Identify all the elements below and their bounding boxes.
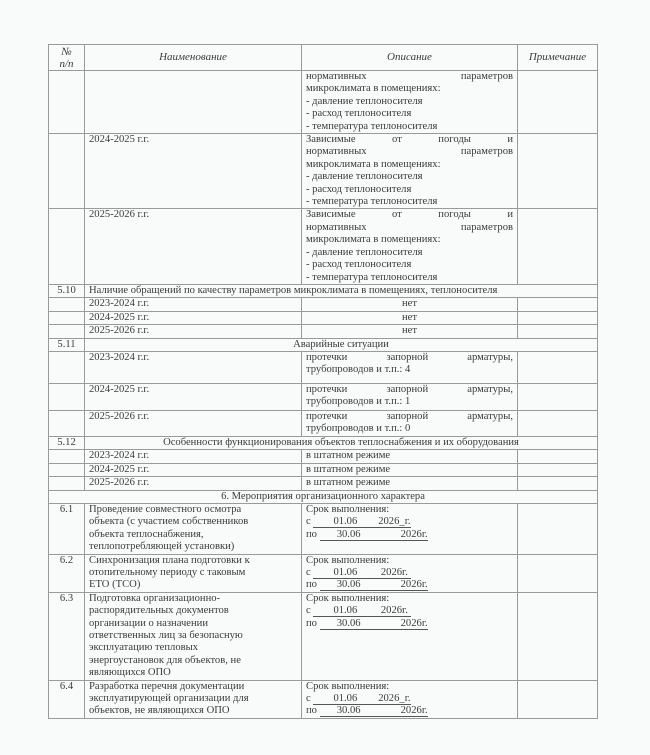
table-row: 2024-2025 г.г. нет [49,311,598,324]
row-number: 5.12 [49,436,85,449]
section-row-5-11: 5.11 Аварийные ситуации [49,338,598,351]
description-cell: Зависимые от погоды и нормативных параме… [302,134,518,209]
document-table: №п/п Наименование Описание Примечание но… [48,44,598,719]
description-cell: нормативных параметров микроклимата в по… [302,71,518,134]
table-row: 2023-2024 г.г. протечки запорной арматур… [49,351,598,383]
deadline-cell: Срок выполнения: с 01.062026_г. по 30.06… [302,503,518,554]
measure-name: Синхронизация плана подготовки к отопите… [85,554,302,592]
description-cell: Зависимые от погоды и нормативных параме… [302,209,518,284]
measure-name: Разработка перечня документации эксплуат… [85,680,302,718]
table-row: 2025-2026 г.г. в штатном режиме [49,477,598,490]
section-6-header: 6. Мероприятия организационного характер… [49,490,598,503]
section-title: Наличие обращений по качеству параметров… [85,284,598,297]
value-cell: протечки запорной арматуры,трубопроводов… [302,410,518,436]
row-number: 5.10 [49,284,85,297]
value-cell: нет [302,311,518,324]
table-header-row: №п/п Наименование Описание Примечание [49,45,598,71]
period-cell: 2024-2025 г.г. [85,134,302,209]
value-cell: протечки запорной арматуры,трубопроводов… [302,383,518,410]
table-row: 2025-2026 г.г. протечки запорной арматур… [49,410,598,436]
measure-name: Проведение совместного осмотра объекта (… [85,503,302,554]
section-row-5-10: 5.10 Наличие обращений по качеству парам… [49,284,598,297]
header-name: Наименование [85,45,302,71]
section-row-5-12: 5.12 Особенности функционирования объект… [49,436,598,449]
table-row: нормативных параметров микроклимата в по… [49,71,598,134]
deadline-cell: Срок выполнения: с 01.062026_г. по 30.06… [302,680,518,718]
row-number: 6.2 [49,554,85,592]
value-cell: нет [302,325,518,338]
period-cell: 2023-2024 г.г. [85,298,302,311]
value-cell: в штатном режиме [302,477,518,490]
section-title: Особенности функционирования объектов те… [85,436,598,449]
table-row: 6.3 Подготовка организационно- распоряди… [49,592,598,680]
table-row: 2023-2024 г.г. в штатном режиме [49,450,598,463]
table-row: 2025-2026 г.г. нет [49,325,598,338]
header-description: Описание [302,45,518,71]
value-cell: в штатном режиме [302,450,518,463]
period-cell: 2024-2025 г.г. [85,383,302,410]
measure-name: Подготовка организационно- распорядитель… [85,592,302,680]
deadline-cell: Срок выполнения: с 01.062026г. по 30.062… [302,592,518,680]
period-cell: 2023-2024 г.г. [85,351,302,383]
table-row: 2024-2025 г.г. в штатном режиме [49,463,598,476]
period-cell: 2025-2026 г.г. [85,325,302,338]
row-number: 6.4 [49,680,85,718]
row-number: 6.3 [49,592,85,680]
header-num: №п/п [49,45,85,71]
table-row: 2025-2026 г.г. Зависимые от погоды и нор… [49,209,598,284]
table-row: 6.2 Синхронизация плана подготовки к ото… [49,554,598,592]
value-cell: протечки запорной арматуры,трубопроводов… [302,351,518,383]
period-cell: 2025-2026 г.г. [85,410,302,436]
table-row: 2024-2025 г.г. протечки запорной арматур… [49,383,598,410]
value-cell: нет [302,298,518,311]
table-row: 6.4 Разработка перечня документации эксп… [49,680,598,718]
period-cell: 2023-2024 г.г. [85,450,302,463]
period-cell: 2024-2025 г.г. [85,311,302,324]
row-number: 6.1 [49,503,85,554]
table-row: 6.1 Проведение совместного осмотра объек… [49,503,598,554]
header-note: Примечание [518,45,598,71]
table-row: 2023-2024 г.г. нет [49,298,598,311]
section-title: Аварийные ситуации [85,338,598,351]
section-title: 6. Мероприятия организационного характер… [49,490,598,503]
period-cell: 2025-2026 г.г. [85,209,302,284]
deadline-cell: Срок выполнения: с 01.062026г. по 30.062… [302,554,518,592]
period-cell: 2024-2025 г.г. [85,463,302,476]
table-row: 2024-2025 г.г. Зависимые от погоды и нор… [49,134,598,209]
value-cell: в штатном режиме [302,463,518,476]
row-number: 5.11 [49,338,85,351]
period-cell: 2025-2026 г.г. [85,477,302,490]
